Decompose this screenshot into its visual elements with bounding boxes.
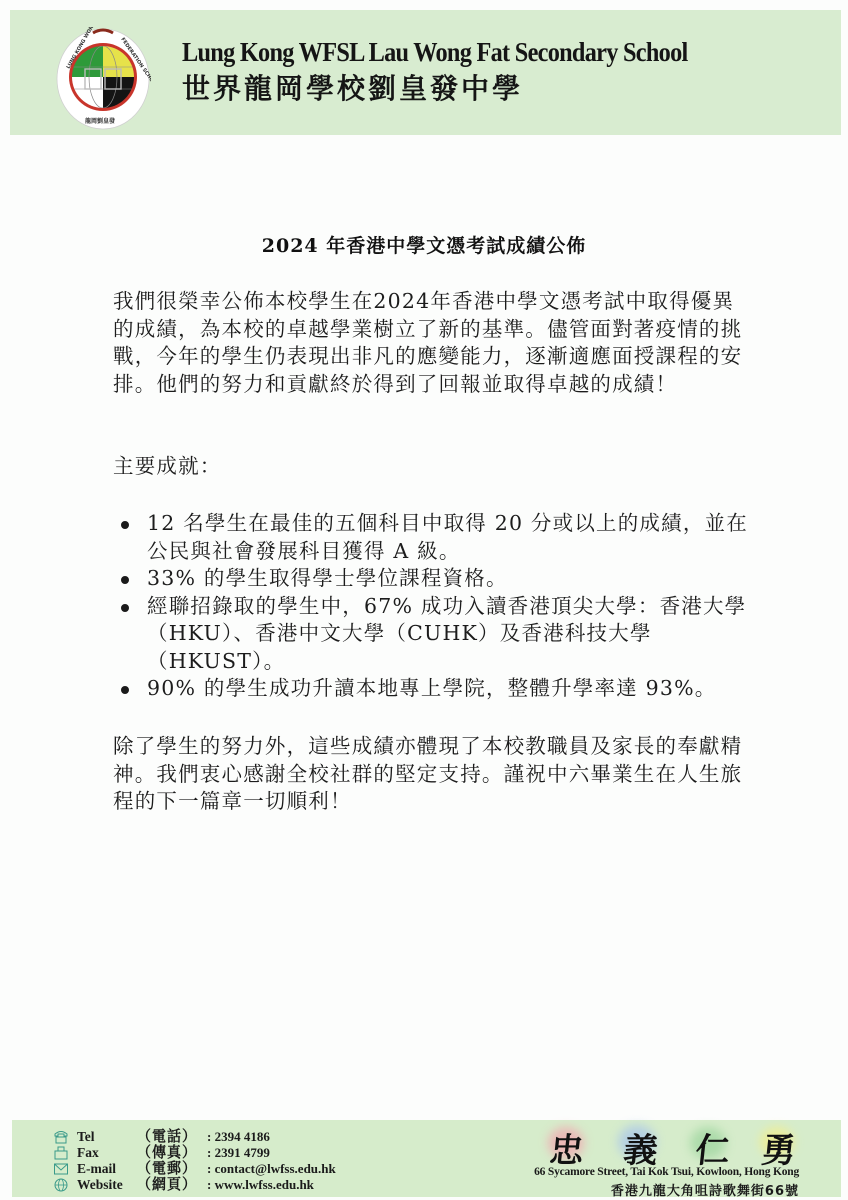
address-english: 66 Sycamore Street, Tai Kok Tsui, Kowloo… [534,1166,799,1178]
bullet-icon [121,604,129,612]
contact-label: Tel [77,1129,137,1145]
fax-icon [53,1146,69,1160]
website-link[interactable]: : www.lwfss.edu.hk [207,1177,314,1193]
school-name-chinese: 世界龍岡學校劉皇發中學 [182,67,523,107]
globe-icon [53,1178,69,1192]
motto-char-benevolence: 仁 [693,1123,732,1172]
achievement-text: 90% 的學生成功升讀本地專上學院，整體升學率達 93%。 [147,676,716,700]
achievements-list: 12 名學生在最佳的五個科目中取得 20 分或以上的成績，並在公民與社會發展科目… [113,510,753,703]
closing-paragraph: 除了學生的努力外，這些成績亦體現了本校教職員及家長的奉獻精神。我們衷心感謝全校社… [113,733,743,816]
school-motto: 忠 義 仁 勇 [548,1121,798,1163]
address-chinese: 香港九龍大角咀詩歌舞街66號 [611,1180,799,1199]
contact-label-zh: （網頁） [137,1177,207,1194]
document-title: 2024 年香港中學文憑考試成績公佈 [0,231,848,258]
email-icon [53,1162,69,1176]
svg-text:龍岡劉皇發: 龍岡劉皇發 [85,117,115,125]
list-item: 12 名學生在最佳的五個科目中取得 20 分或以上的成績，並在公民與社會發展科目… [113,510,753,565]
contact-label: Website [77,1177,137,1193]
contact-row-tel: Tel （電話） : 2394 4186 [53,1129,336,1145]
tel-value: : 2394 4186 [207,1129,270,1145]
school-logo: LUNG KONG WORLD FEDERATION SCHOOL 龍岡劉皇發 [55,27,151,131]
motto-char-loyalty: 忠 [547,1123,586,1172]
contact-label-zh: （電話） [137,1129,207,1146]
school-name-english: Lung Kong WFSL Lau Wong Fat Secondary Sc… [182,37,688,68]
list-item: 33% 的學生取得學士學位課程資格。 [113,565,753,593]
contact-label-zh: （電郵） [137,1161,207,1178]
contact-row-fax: Fax （傳真） : 2391 4799 [53,1145,336,1161]
intro-paragraph: 我們很榮幸公佈本校學生在2024年香港中學文憑考試中取得優異的成績，為本校的卓越… [113,288,743,398]
contact-label: Fax [77,1145,137,1161]
contact-row-website: Website （網頁） : www.lwfss.edu.hk [53,1177,336,1193]
achievement-text: 33% 的學生取得學士學位課程資格。 [147,566,508,590]
list-item: 90% 的學生成功升讀本地專上學院，整體升學率達 93%。 [113,675,753,703]
achievement-text: 經聯招錄取的學生中，67% 成功入讀香港頂尖大學：香港大學（HKU）、香港中文大… [147,594,746,673]
contact-label-zh: （傳真） [137,1145,207,1162]
contact-row-email: E-mail （電郵） : contact@lwfss.edu.hk [53,1161,336,1177]
achievement-text: 12 名學生在最佳的五個科目中取得 20 分或以上的成績，並在公民與社會發展科目… [147,511,748,563]
bullet-icon [121,686,129,694]
email-link[interactable]: : contact@lwfss.edu.hk [207,1161,336,1177]
bullet-icon [121,576,129,584]
motto-char-righteousness: 義 [621,1123,660,1172]
telephone-icon [53,1130,69,1144]
motto-char-courage: 勇 [759,1123,798,1172]
section-label-key-achievements: 主要成就： [113,453,743,481]
list-item: 經聯招錄取的學生中，67% 成功入讀香港頂尖大學：香港大學（HKU）、香港中文大… [113,593,753,676]
contact-info: Tel （電話） : 2394 4186 Fax （傳真） : 2391 479… [53,1129,336,1193]
fax-value: : 2391 4799 [207,1145,270,1161]
contact-label: E-mail [77,1161,137,1177]
bullet-icon [121,521,129,529]
